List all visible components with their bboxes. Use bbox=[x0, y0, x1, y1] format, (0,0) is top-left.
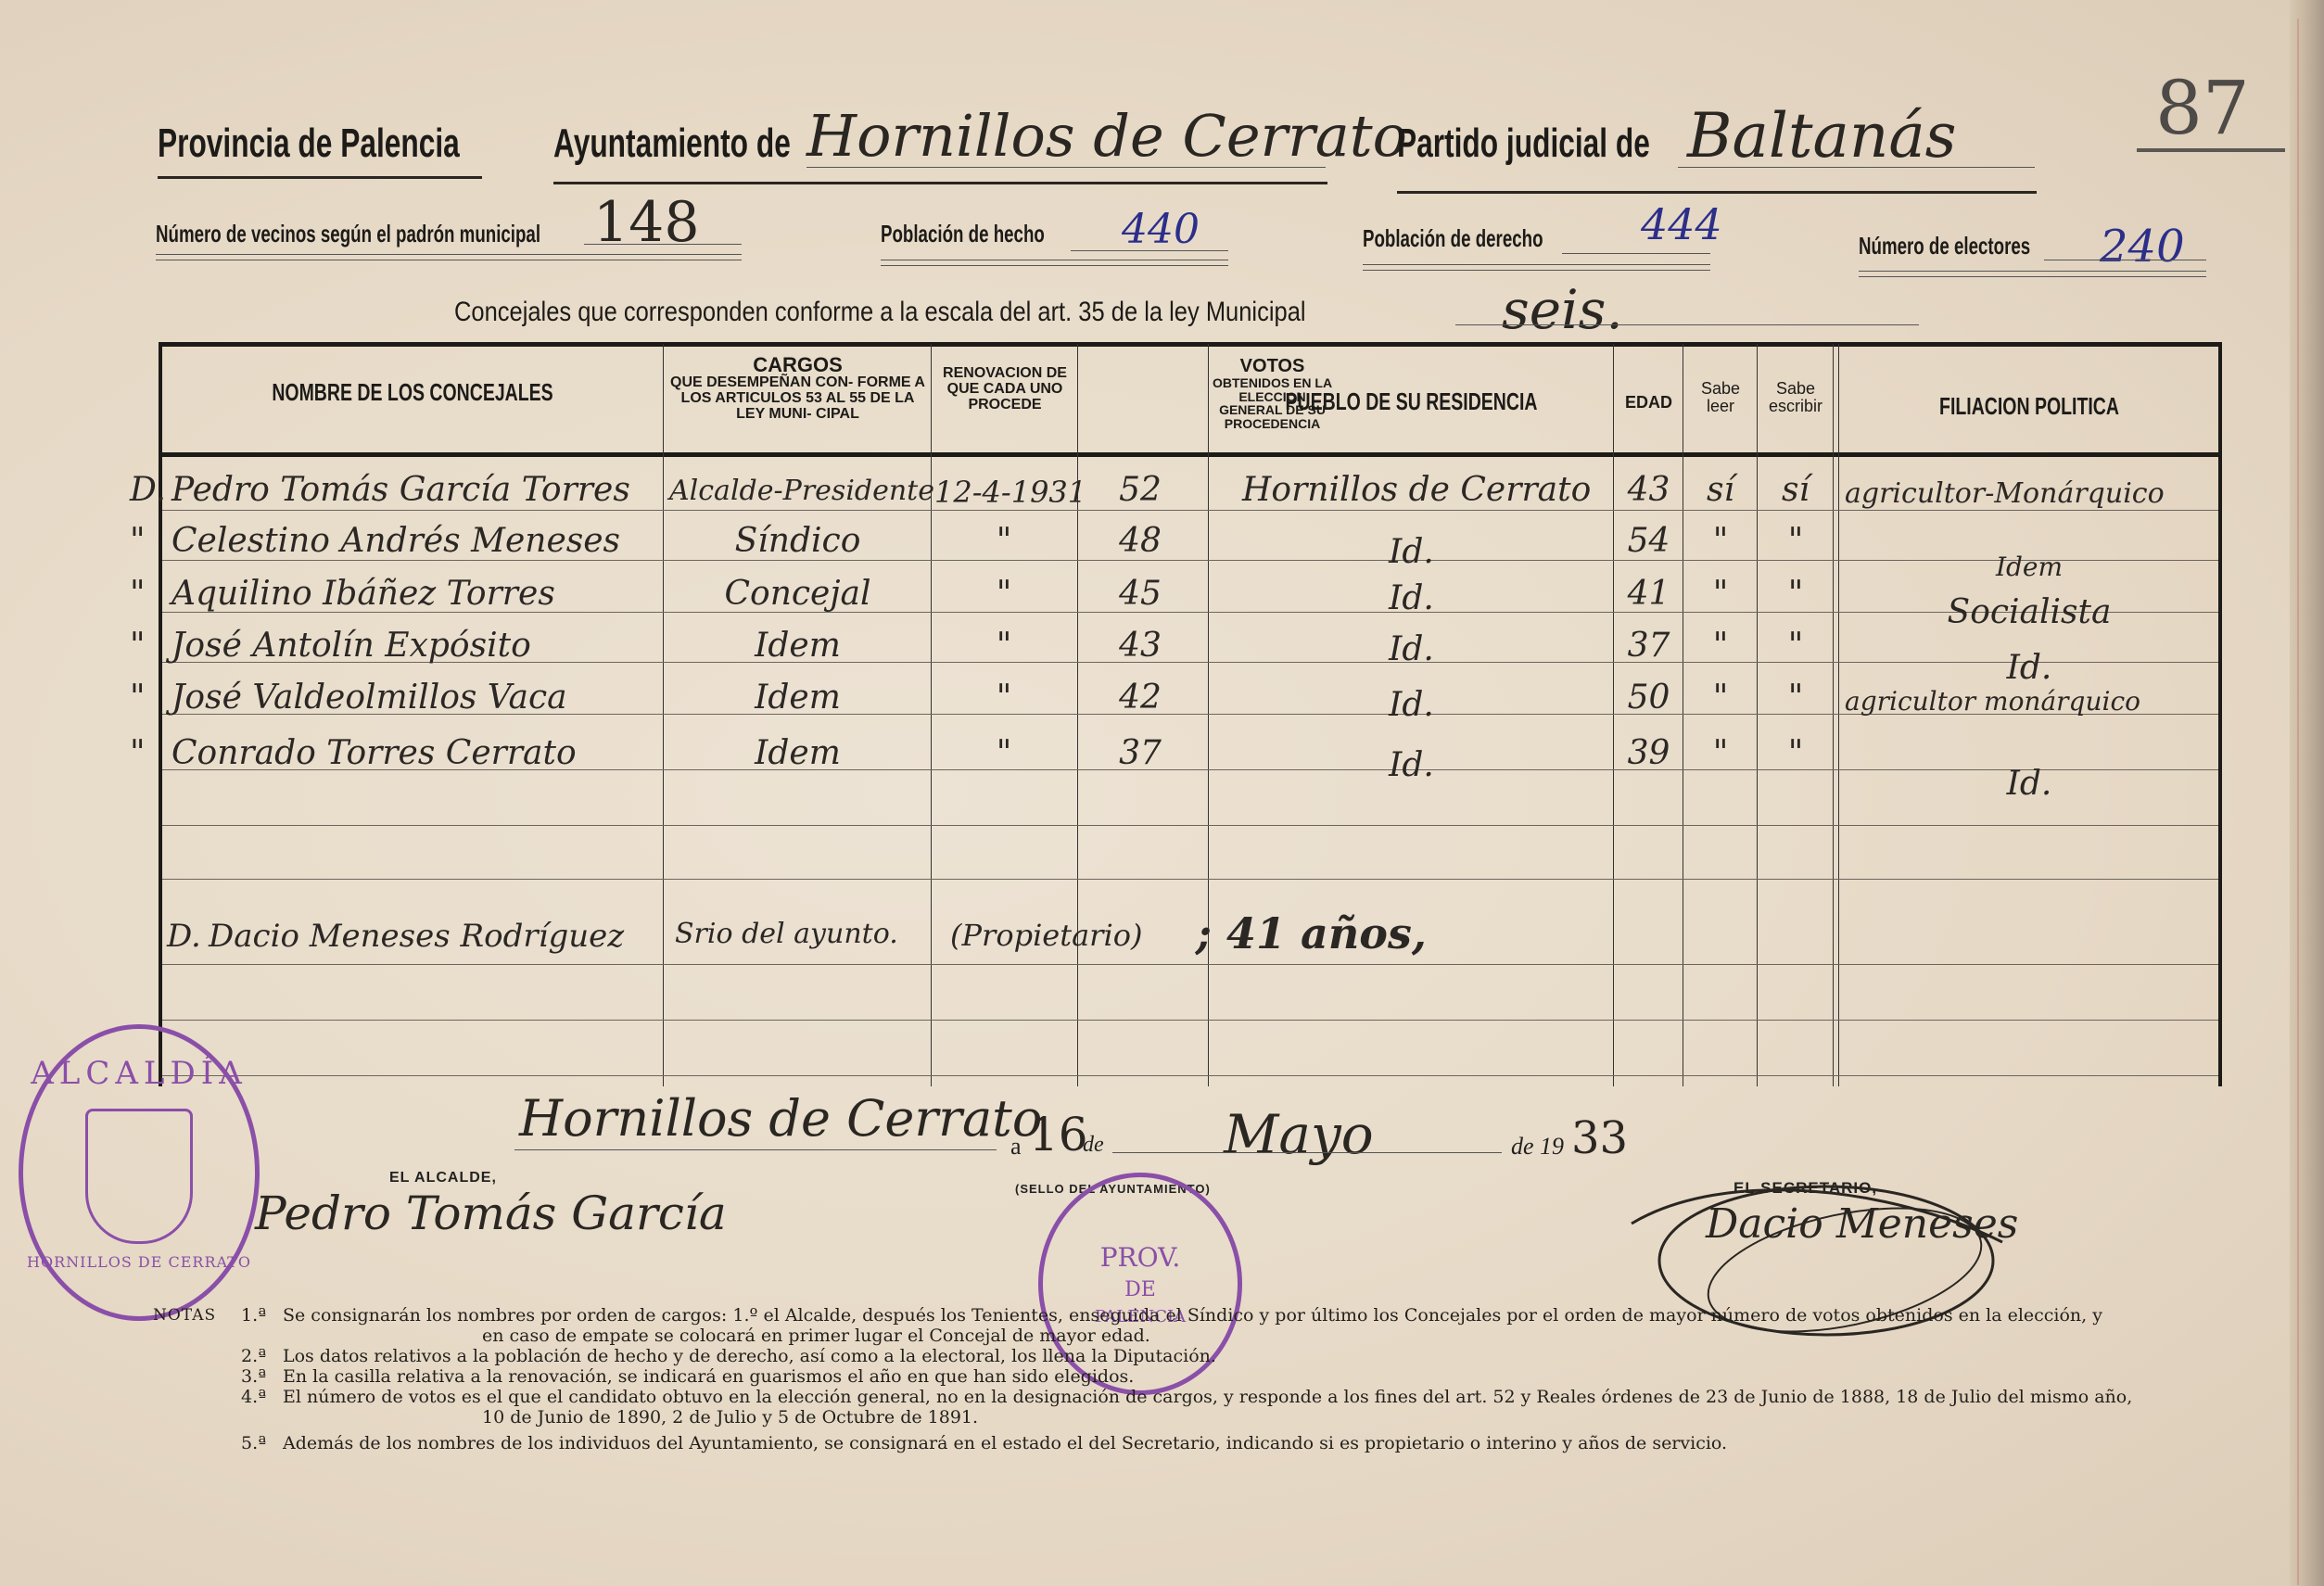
votos-title: VOTOS bbox=[1210, 357, 1335, 376]
note-number: 1.ª bbox=[241, 1305, 266, 1326]
note-continuation: 10 de Junio de 1890, 2 de Julio y 5 de O… bbox=[241, 1407, 2132, 1427]
col-header-sabe-escribir: Sabe escribir bbox=[1759, 380, 1833, 415]
page-number-underline bbox=[2137, 148, 2285, 152]
concejales-value: seis. bbox=[1502, 278, 1623, 341]
cell-filiacion: Id. bbox=[1840, 649, 2218, 687]
electores-rule-2 bbox=[1859, 276, 2206, 277]
table-top-border bbox=[159, 342, 2222, 347]
partido-value: Baltanás bbox=[1687, 100, 1957, 171]
row-line bbox=[162, 825, 2218, 826]
cell-pueblo: Id. bbox=[1210, 533, 1613, 571]
cargos-subtitle: QUE DESEMPEÑAN CON- FORME A LOS ARTICULO… bbox=[665, 375, 931, 422]
hecho-rule-1 bbox=[881, 260, 1228, 260]
cell-leer: " bbox=[1684, 734, 1757, 772]
cell-filiacion: Id. bbox=[1840, 765, 2218, 803]
row-line bbox=[162, 964, 2218, 965]
cell-cargo: Síndico bbox=[665, 522, 931, 560]
col-header-nombre: NOMBRE DE LOS CONCEJALES bbox=[225, 380, 601, 405]
secretary-cargo: Srio del ayunto. bbox=[675, 918, 898, 950]
cell-leer: " bbox=[1684, 522, 1757, 560]
alcalde-label: EL ALCALDE, bbox=[389, 1170, 497, 1186]
col-divider-6 bbox=[1683, 344, 1683, 1086]
stamp-center-1: PROV. bbox=[1043, 1242, 1238, 1273]
secretary-prefix: D. bbox=[167, 918, 201, 955]
cell-pueblo: Id. bbox=[1210, 686, 1613, 724]
cell-filiacion: agricultor monárquico bbox=[1845, 686, 2140, 717]
vecinos-line bbox=[584, 244, 742, 245]
electores-label: Número de electores bbox=[1859, 232, 2030, 260]
cell-edad: 43 bbox=[1615, 471, 1683, 509]
note-text: Además de los nombres de los individuos … bbox=[241, 1433, 2132, 1453]
cell-votos: 48 bbox=[1075, 522, 1205, 560]
row-line bbox=[162, 1075, 2218, 1076]
document-page: 87 Provincia de Palencia Ayuntamiento de… bbox=[0, 0, 2290, 1586]
stamp-bottom-text: HORNILLOS DE CERRATO bbox=[23, 1253, 255, 1271]
partido-underline bbox=[1397, 191, 2037, 194]
leer-label: leer bbox=[1684, 398, 1757, 415]
hecho-line bbox=[1071, 250, 1228, 251]
row-prefix: " bbox=[130, 627, 146, 665]
cargos-title: CARGOS bbox=[665, 354, 931, 375]
cell-leer: sí bbox=[1684, 471, 1757, 509]
partido-line bbox=[1678, 167, 2035, 168]
cell-edad: 37 bbox=[1615, 627, 1683, 665]
cell-nombre: Celestino Andrés Meneses bbox=[171, 522, 620, 560]
note-number: 4.ª bbox=[241, 1387, 266, 1407]
derecho-label: Población de derecho bbox=[1363, 224, 1543, 253]
secretary-servicio: ; 41 años, bbox=[1196, 908, 1427, 958]
row-prefix: D. bbox=[130, 471, 166, 509]
derecho-line bbox=[1562, 253, 1710, 254]
cell-renovacion: " bbox=[931, 575, 1077, 613]
stamp-top-text: ALCALDÍA bbox=[23, 1055, 255, 1092]
cell-escribir: " bbox=[1759, 679, 1833, 717]
cell-votos: 37 bbox=[1075, 734, 1205, 772]
alcaldia-stamp: ALCALDÍA HORNILLOS DE CERRATO bbox=[19, 1024, 260, 1321]
row-prefix: " bbox=[130, 522, 146, 560]
page-number: 87 bbox=[2155, 65, 2250, 151]
row-line bbox=[162, 1020, 2218, 1021]
date-month: Mayo bbox=[1224, 1103, 1374, 1166]
cell-leer: " bbox=[1684, 575, 1757, 613]
cell-edad: 50 bbox=[1615, 679, 1683, 717]
sabe-label: Sabe bbox=[1759, 380, 1833, 398]
hecho-rule-2 bbox=[881, 265, 1228, 266]
concejales-label: Concejales que corresponden conforme a l… bbox=[454, 297, 1306, 328]
footer-place: Hornillos de Cerrato bbox=[519, 1089, 1042, 1148]
escribir-label: escribir bbox=[1759, 398, 1833, 415]
col-header-cargos: CARGOS QUE DESEMPEÑAN CON- FORME A LOS A… bbox=[665, 354, 931, 422]
cell-escribir: " bbox=[1759, 522, 1833, 560]
col-divider-5 bbox=[1613, 344, 1614, 1086]
note-number: 3.ª bbox=[241, 1366, 266, 1387]
electores-value: 240 bbox=[2100, 221, 2185, 273]
cell-filiacion: agricultor-Monárquico bbox=[1845, 477, 2165, 510]
cell-cargo: Concejal bbox=[665, 575, 931, 613]
row-prefix: " bbox=[130, 575, 146, 613]
cell-cargo: Idem bbox=[665, 679, 931, 717]
cell-nombre: Aquilino Ibáñez Torres bbox=[171, 575, 555, 613]
row-prefix: " bbox=[130, 734, 146, 772]
note-number: 5.ª bbox=[241, 1433, 266, 1453]
cell-edad: 39 bbox=[1615, 734, 1683, 772]
cell-nombre: José Antolín Expósito bbox=[171, 627, 531, 665]
col-divider-1 bbox=[663, 344, 664, 1086]
cell-votos: 42 bbox=[1075, 679, 1205, 717]
hecho-value: 440 bbox=[1122, 206, 1200, 253]
col-divider-8b bbox=[1838, 344, 1839, 1086]
col-divider-8 bbox=[1833, 344, 1834, 1086]
vecinos-rule-1 bbox=[156, 254, 742, 255]
cell-votos: 52 bbox=[1075, 471, 1205, 509]
vecinos-value: 148 bbox=[593, 190, 700, 255]
cell-cargo: Alcalde-Presidente bbox=[669, 475, 934, 507]
notes-section: NOTAS 1.ª Se consignarán los nombres por… bbox=[153, 1305, 2132, 1453]
cell-filiacion: Socialista bbox=[1840, 593, 2218, 631]
cell-nombre: José Valdeolmillos Vaca bbox=[171, 679, 567, 717]
book-spine bbox=[2290, 0, 2324, 1586]
cell-renovacion: " bbox=[931, 522, 1077, 560]
coat-of-arms-icon bbox=[85, 1109, 193, 1244]
alcalde-signature: Pedro Tomás García bbox=[255, 1186, 727, 1240]
concejales-line bbox=[1455, 324, 1919, 325]
cell-leer: " bbox=[1684, 679, 1757, 717]
date-a-label: a bbox=[1010, 1133, 1022, 1161]
note-number: 2.ª bbox=[241, 1346, 266, 1366]
note-continuation: en caso de empate se colocará en primer … bbox=[241, 1326, 2132, 1346]
row-prefix: " bbox=[130, 679, 146, 717]
col-header-pueblo: PUEBLO DE SU RESIDENCIA bbox=[1260, 389, 1562, 414]
note-item: 5.ª Además de los nombres de los individ… bbox=[153, 1433, 2132, 1453]
cell-nombre: Pedro Tomás García Torres bbox=[171, 471, 630, 509]
ayuntamiento-line bbox=[806, 167, 1326, 168]
sabe-label: Sabe bbox=[1684, 380, 1757, 398]
row-line bbox=[162, 879, 2218, 880]
cell-renovacion: " bbox=[931, 679, 1077, 717]
derecho-rule-1 bbox=[1363, 264, 1710, 265]
cell-edad: 41 bbox=[1615, 575, 1683, 613]
note-text: Se consignarán los nombres por orden de … bbox=[241, 1305, 2132, 1326]
margin-rule bbox=[2297, 19, 2299, 1585]
date-de-label: de bbox=[1083, 1133, 1104, 1158]
cell-edad: 54 bbox=[1615, 522, 1683, 560]
ayuntamiento-underline bbox=[553, 182, 1327, 184]
note-text: El número de votos es el que el candidat… bbox=[241, 1387, 2132, 1407]
secretary-nombre: Dacio Meneses Rodríguez bbox=[209, 918, 624, 955]
table-left-border bbox=[159, 344, 162, 1086]
vecinos-rule-2 bbox=[156, 260, 742, 260]
cell-pueblo: Id. bbox=[1210, 579, 1613, 617]
date-day: 16 bbox=[1029, 1108, 1088, 1161]
note-text: En la casilla relativa a la renovación, … bbox=[241, 1366, 2132, 1387]
cell-pueblo: Id. bbox=[1210, 630, 1613, 668]
note-item: 3.ª En la casilla relativa a la renovaci… bbox=[153, 1366, 2132, 1387]
note-item: 1.ª Se consignarán los nombres por orden… bbox=[153, 1305, 2132, 1346]
stamp-center-2: DE bbox=[1043, 1278, 1238, 1301]
table-right-border bbox=[2218, 344, 2222, 1086]
secretary-condicion: (Propietario) bbox=[950, 918, 1142, 953]
provincia-label: Provincia de Palencia bbox=[158, 121, 460, 167]
note-item: 2.ª Los datos relativos a la población d… bbox=[153, 1346, 2132, 1366]
col-header-renovacion: RENOVACION DE QUE CADA UNO PROCEDE bbox=[933, 366, 1077, 412]
col-divider-4 bbox=[1208, 344, 1209, 1086]
cell-cargo: Idem bbox=[665, 734, 931, 772]
col-divider-7 bbox=[1757, 344, 1758, 1086]
electores-rule-1 bbox=[1859, 271, 2206, 272]
ayuntamiento-value: Hornillos de Cerrato bbox=[806, 102, 1407, 170]
electores-line bbox=[2044, 260, 2206, 260]
provincia-underline bbox=[158, 176, 482, 179]
table-header-border bbox=[159, 452, 2222, 457]
cell-filiacion: Idem bbox=[1840, 552, 2218, 582]
ayuntamiento-label: Ayuntamiento de bbox=[553, 121, 791, 167]
cell-renovacion: 12-4-1931 bbox=[934, 475, 1086, 510]
date-year-prefix: de 19 bbox=[1511, 1133, 1564, 1161]
place-line bbox=[514, 1149, 997, 1150]
cell-votos: 43 bbox=[1075, 627, 1205, 665]
cell-escribir: sí bbox=[1759, 471, 1833, 509]
vecinos-label: Número de vecinos según el padrón munici… bbox=[156, 220, 540, 248]
cell-renovacion: " bbox=[931, 627, 1077, 665]
cell-cargo: Idem bbox=[665, 627, 931, 665]
cell-pueblo: Hornillos de Cerrato bbox=[1242, 471, 1591, 509]
cell-pueblo: Id. bbox=[1210, 746, 1613, 784]
cell-escribir: " bbox=[1759, 734, 1833, 772]
cell-votos: 45 bbox=[1075, 575, 1205, 613]
derecho-value: 444 bbox=[1641, 199, 1722, 249]
cell-escribir: " bbox=[1759, 575, 1833, 613]
cell-escribir: " bbox=[1759, 627, 1833, 665]
month-line bbox=[1112, 1152, 1502, 1153]
note-text: Los datos relativos a la población de he… bbox=[241, 1346, 2132, 1366]
hecho-label: Población de hecho bbox=[881, 220, 1045, 248]
derecho-rule-2 bbox=[1363, 270, 1710, 271]
cell-leer: " bbox=[1684, 627, 1757, 665]
col-header-filiacion: FILIACION POLITICA bbox=[1887, 394, 2171, 419]
cell-nombre: Conrado Torres Cerrato bbox=[171, 734, 577, 772]
cell-renovacion: " bbox=[931, 734, 1077, 772]
col-header-edad: EDAD bbox=[1615, 394, 1683, 412]
row-line bbox=[162, 510, 2218, 511]
col-header-sabe-leer: Sabe leer bbox=[1684, 380, 1757, 415]
partido-label: Partido judicial de bbox=[1397, 121, 1650, 167]
note-item: 4.ª El número de votos es el que el cand… bbox=[153, 1387, 2132, 1427]
